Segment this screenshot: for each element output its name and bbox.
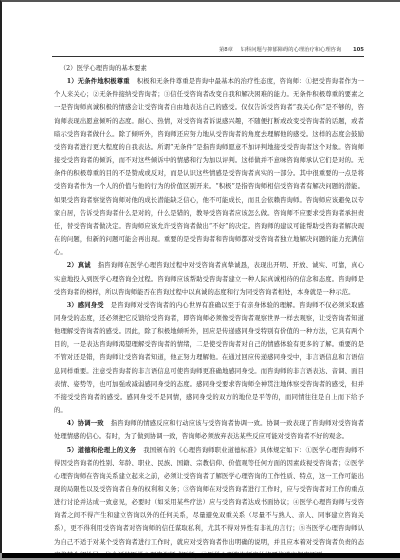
running-header: 第8章 妇科问题与抑郁障碍的心理治疗和心理咨询 105 [52,45,364,57]
paragraph-text: 积极和无条件尊重是咨询中最基本的治疗性态度，咨询师：①把受咨询者作为一个人来关心… [54,78,364,256]
paragraph-text: 指咨询师在医学心理咨询过程中对受咨询者真挚诚恳，表现出开明、开放、诚实、可靠，真… [54,262,364,295]
term-heading: 5）道德和伦理上的义务 [67,447,137,454]
paragraph-ethics: 5）道德和伦理上的义务我国颁布的《心理咨询师职业道德标准》具体规定如下：①医学心… [54,444,364,560]
term-heading: 2）真诚 [67,262,91,269]
term-heading: 3）感同身受 [67,302,104,309]
paragraph-unconditional-regard: 1）无条件地积极尊重积极和无条件尊重是咨询中最基本的治疗性态度，咨询师：①把受咨… [54,75,364,259]
page-number: 105 [353,47,364,53]
chapter-label: 第8章 [219,47,233,53]
paragraph-sincerity: 2）真诚指咨询师在医学心理咨询过程中对受咨询者真挚诚恳，表现出开明、开放、诚实、… [54,259,364,298]
term-heading: 1）无条件地积极尊重 [67,78,130,85]
term-heading: 4）协调一致 [67,420,104,427]
page-shadow [2,553,400,558]
document-page: 第8章 妇科问题与抑郁障碍的心理治疗和心理咨询 105 （2）医学心理咨询的基本… [0,0,400,553]
paragraph-empathy: 3）感同身受是咨询师对受咨询者的内心世界有准确以至于有亲身体验的理解。咨询师不仅… [54,299,364,417]
paragraph-congruence: 4）协调一致指咨询师的情感反应和行动应该与受咨询者协调一致。协调一致表现了咨询师… [54,417,364,443]
paragraph-text: 我国颁布的《心理咨询师职业道德标准》具体规定如下：①医学心理咨询师不得因受咨询者… [54,447,364,559]
section-title: （2）医学心理咨询的基本要素 [54,62,364,75]
chapter-title: 妇科问题与抑郁障碍的心理治疗和心理咨询 [241,47,342,53]
body-text: （2）医学心理咨询的基本要素 1）无条件地积极尊重积极和无条件尊重是咨询中最基本… [54,62,364,560]
paragraph-text: 是咨询师对受咨询者的内心世界有准确以至于有亲身体验的理解。咨询师不仅必须采取感同… [54,302,364,414]
